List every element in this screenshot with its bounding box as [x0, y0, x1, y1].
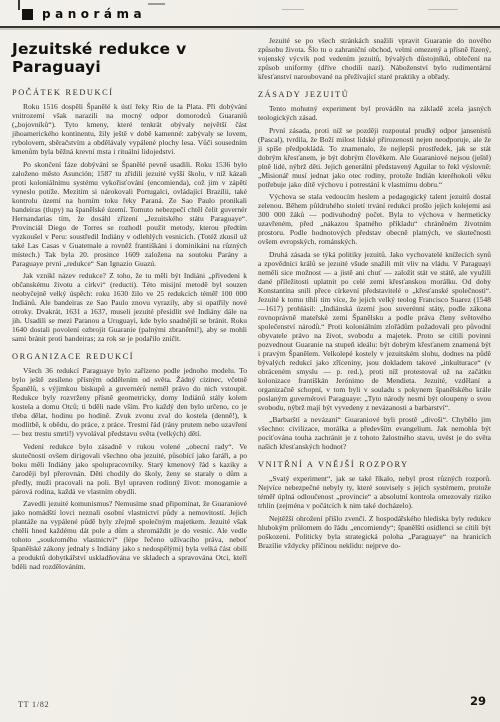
- paragraph: Nejtěžší ohrožení přišlo zvenčí. Z hospo…: [258, 514, 491, 550]
- article-body: Jezuitské redukce v Paraguayi POČÁTEK RE…: [0, 28, 500, 575]
- scan-artifact: [428, 9, 458, 10]
- section-heading: ORGANIZACE REDUKCÍ: [12, 352, 247, 361]
- paragraph: Tento mohutný experiment byl prováděn na…: [258, 104, 491, 122]
- paragraph: Všech 36 redukcí Paraguaye bylo zařízeno…: [12, 366, 247, 438]
- section-heading: POČÁTEK REDUKCÍ: [12, 88, 247, 97]
- paragraph: Vedení redukce bylo zásadně v rukou vole…: [12, 442, 247, 496]
- square-bullet-icon: [22, 9, 33, 20]
- paragraph: Výchova se stala vedoucím heslem a pedag…: [258, 192, 491, 246]
- section-heading: ZÁSADY JEZUITŮ: [258, 90, 491, 99]
- paragraph: „Svatý experiment“, jak se také říkalo, …: [258, 474, 491, 510]
- paragraph: Roku 1516 dospěli Španělé k ústí řeky Ri…: [12, 102, 247, 156]
- section-heading: VNITŘNÍ A VNĚJŠÍ ROZPORY: [258, 460, 491, 469]
- paragraph: Druhá zásada se týká politiky jezuitů. J…: [258, 250, 491, 412]
- left-column: Jezuitské redukce v Paraguayi POČÁTEK RE…: [12, 36, 247, 575]
- issue-label: TT 1/82: [18, 700, 49, 709]
- scan-artifact: [148, 3, 165, 5]
- article-title: Jezuitské redukce v Paraguayi: [12, 40, 247, 76]
- right-column: Jezuité se po všech stránkách snažili vp…: [258, 36, 491, 575]
- paragraph: První zásada, proti níž se později rozpo…: [258, 126, 491, 189]
- page-number: 29: [470, 694, 486, 708]
- masthead: panoráma: [0, 0, 500, 21]
- scan-tick-mark: [18, 0, 20, 10]
- paragraph: Jezuité se po všech stránkách snažili vp…: [258, 36, 491, 81]
- scan-artifact: [282, 9, 304, 10]
- magazine-page: panoráma Jezuitské redukce v Paraguayi P…: [0, 0, 500, 722]
- paragraph: Po skončení fáze dobývání se Španělé pev…: [12, 160, 247, 268]
- paragraph: „Barbarští a nevázaní“ Guaraniové byli p…: [258, 415, 491, 451]
- paragraph: Zavedli jezuité komunismus? Nemusíme sna…: [12, 499, 247, 571]
- paragraph: Jak vznikl název redukce? Z toho, že tu …: [12, 271, 247, 343]
- section-label: panoráma: [42, 7, 146, 21]
